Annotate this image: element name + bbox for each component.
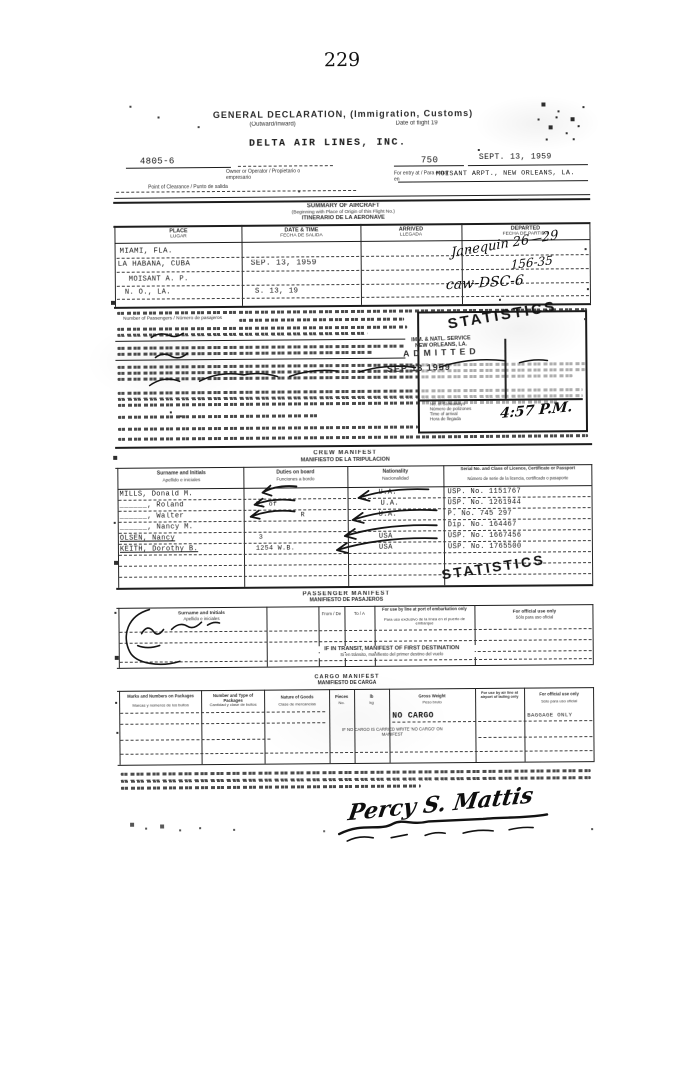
cargo-subtitle: MANIFIESTO DE CARGA (247, 680, 447, 687)
cargo-row-official: BAGGAGE ONLY (527, 711, 572, 718)
signature-flourish (333, 812, 573, 844)
handwritten-scrawl (139, 326, 560, 399)
handwritten-circled-scrawl (119, 605, 229, 670)
cargo-col-marks: Marks and Numbers on Packages (122, 694, 199, 699)
fine-print-line (121, 769, 591, 775)
passenger-col-official: For official use only (479, 608, 589, 614)
itinerary-row-date: S. 13, 19 (255, 287, 299, 295)
flight-date-value: SEPT. 13, 1959 (479, 152, 552, 162)
cargo-col-airline-use: For use by air line at airport of lading… (477, 691, 522, 700)
crew-name: KEITH, Dorothy B. (120, 545, 198, 554)
cargo-col-marks-es: Marcas y números de los bultos (122, 703, 199, 708)
fine-print-line (118, 414, 318, 418)
cargo-note: IF NO CARGO IS CARRIED WRITE 'NO CARGO' … (334, 727, 450, 737)
fine-print-line (121, 784, 421, 789)
form-subtitle: (Outward/Inward) (198, 121, 348, 129)
itinerary-row-place: MIAMI, FLA. (120, 247, 173, 255)
crew-subtitle: MANIFIESTO DE LA TRIPULACION (215, 456, 475, 464)
crew-name: OLSEN, Nancy (120, 534, 175, 542)
crew-name: ______, Walter (120, 512, 184, 521)
fine-print-line (118, 425, 418, 430)
scanned-document: 229 GENERAL DECLARATION, (Immigration, C… (0, 0, 691, 1081)
col-place-es: LUGAR (118, 234, 238, 240)
passenger-col-embark: For use by line at port of embarkation o… (378, 607, 470, 612)
cargo-row-value: NO CARGO (392, 711, 434, 720)
cargo-col-official-es: Sólo para uso oficial (528, 699, 590, 704)
transit-note-es: Si en tránsito, manifiesto del primer de… (292, 652, 492, 658)
passengers-label: Number of Passengers / Número de pasajer… (123, 316, 243, 322)
flight-number-value: 750 (421, 155, 438, 165)
handwritten-itinerary-note: caw-DSC-6 (446, 273, 525, 294)
passenger-col-embark-es: Para uso exclusivo de la línea en el pue… (378, 617, 470, 627)
itinerary-row-date: SEP. 13, 1959 (251, 259, 317, 268)
date-label: Date of flight 19 (396, 120, 526, 128)
cargo-col-packages-es: Cantidad y clase de bultos (204, 703, 262, 708)
crew-name: ______, Nancy M. (120, 523, 194, 532)
page-number: 229 (297, 50, 387, 72)
crew-name: MILLS, Donald M. (119, 490, 193, 499)
owner-label: Owner or Operator / Propietario o empres… (226, 169, 311, 181)
airline-name: DELTA AIR LINES, INC. (113, 136, 543, 150)
cargo-col-pieces-es: No. (330, 701, 353, 706)
itinerary-row-place: LA HABANA, CUBA (118, 260, 191, 269)
fine-print-line (239, 318, 404, 322)
crew-name: ______, Roland (120, 501, 184, 510)
itinerary-row-place: MOISANT A. P. (129, 275, 189, 283)
passenger-col-to: To / A (345, 612, 373, 617)
cargo-col-official: For official use only (528, 692, 590, 697)
fine-print-line (121, 776, 591, 782)
cargo-col-unit-es: kg (356, 701, 387, 706)
crew-col-name-es: Apellido e iniciales (121, 477, 241, 483)
crew-col-passport: Serial No. and Class of Licence, Certifi… (446, 466, 589, 472)
cargo-col-nature: Nature of Goods (268, 695, 326, 700)
itinerary-row-place: N. O., LA. (125, 288, 171, 296)
col-arrived-es: LLEGADA (364, 232, 457, 238)
handwritten-check-arrows (240, 479, 481, 561)
fine-print-line (118, 434, 588, 440)
passenger-col-official-es: Sólo para uso oficial (479, 615, 589, 621)
stowaways-labels: No. of Stowaways Número de polizones Tim… (430, 402, 502, 422)
cargo-col-nature-es: Clase de mercancías (268, 702, 326, 707)
itinerary-subtitle: ITINERARIO DE LA AERONAVE (213, 214, 473, 222)
passenger-col-from: From / De (319, 612, 343, 617)
cargo-col-gross-es: Peso bruto (392, 700, 472, 705)
form-number-value: 4805-6 (140, 156, 175, 166)
entry-value: MOISANT ARPT., NEW ORLEANS, LA. (436, 169, 575, 178)
passenger-subtitle: MANIFIESTO DE PASAJEROS (216, 597, 476, 605)
arrival-time-label-es: Hora de llegada (430, 417, 502, 422)
col-date-es: FECHA DE SALIDA (246, 233, 356, 239)
